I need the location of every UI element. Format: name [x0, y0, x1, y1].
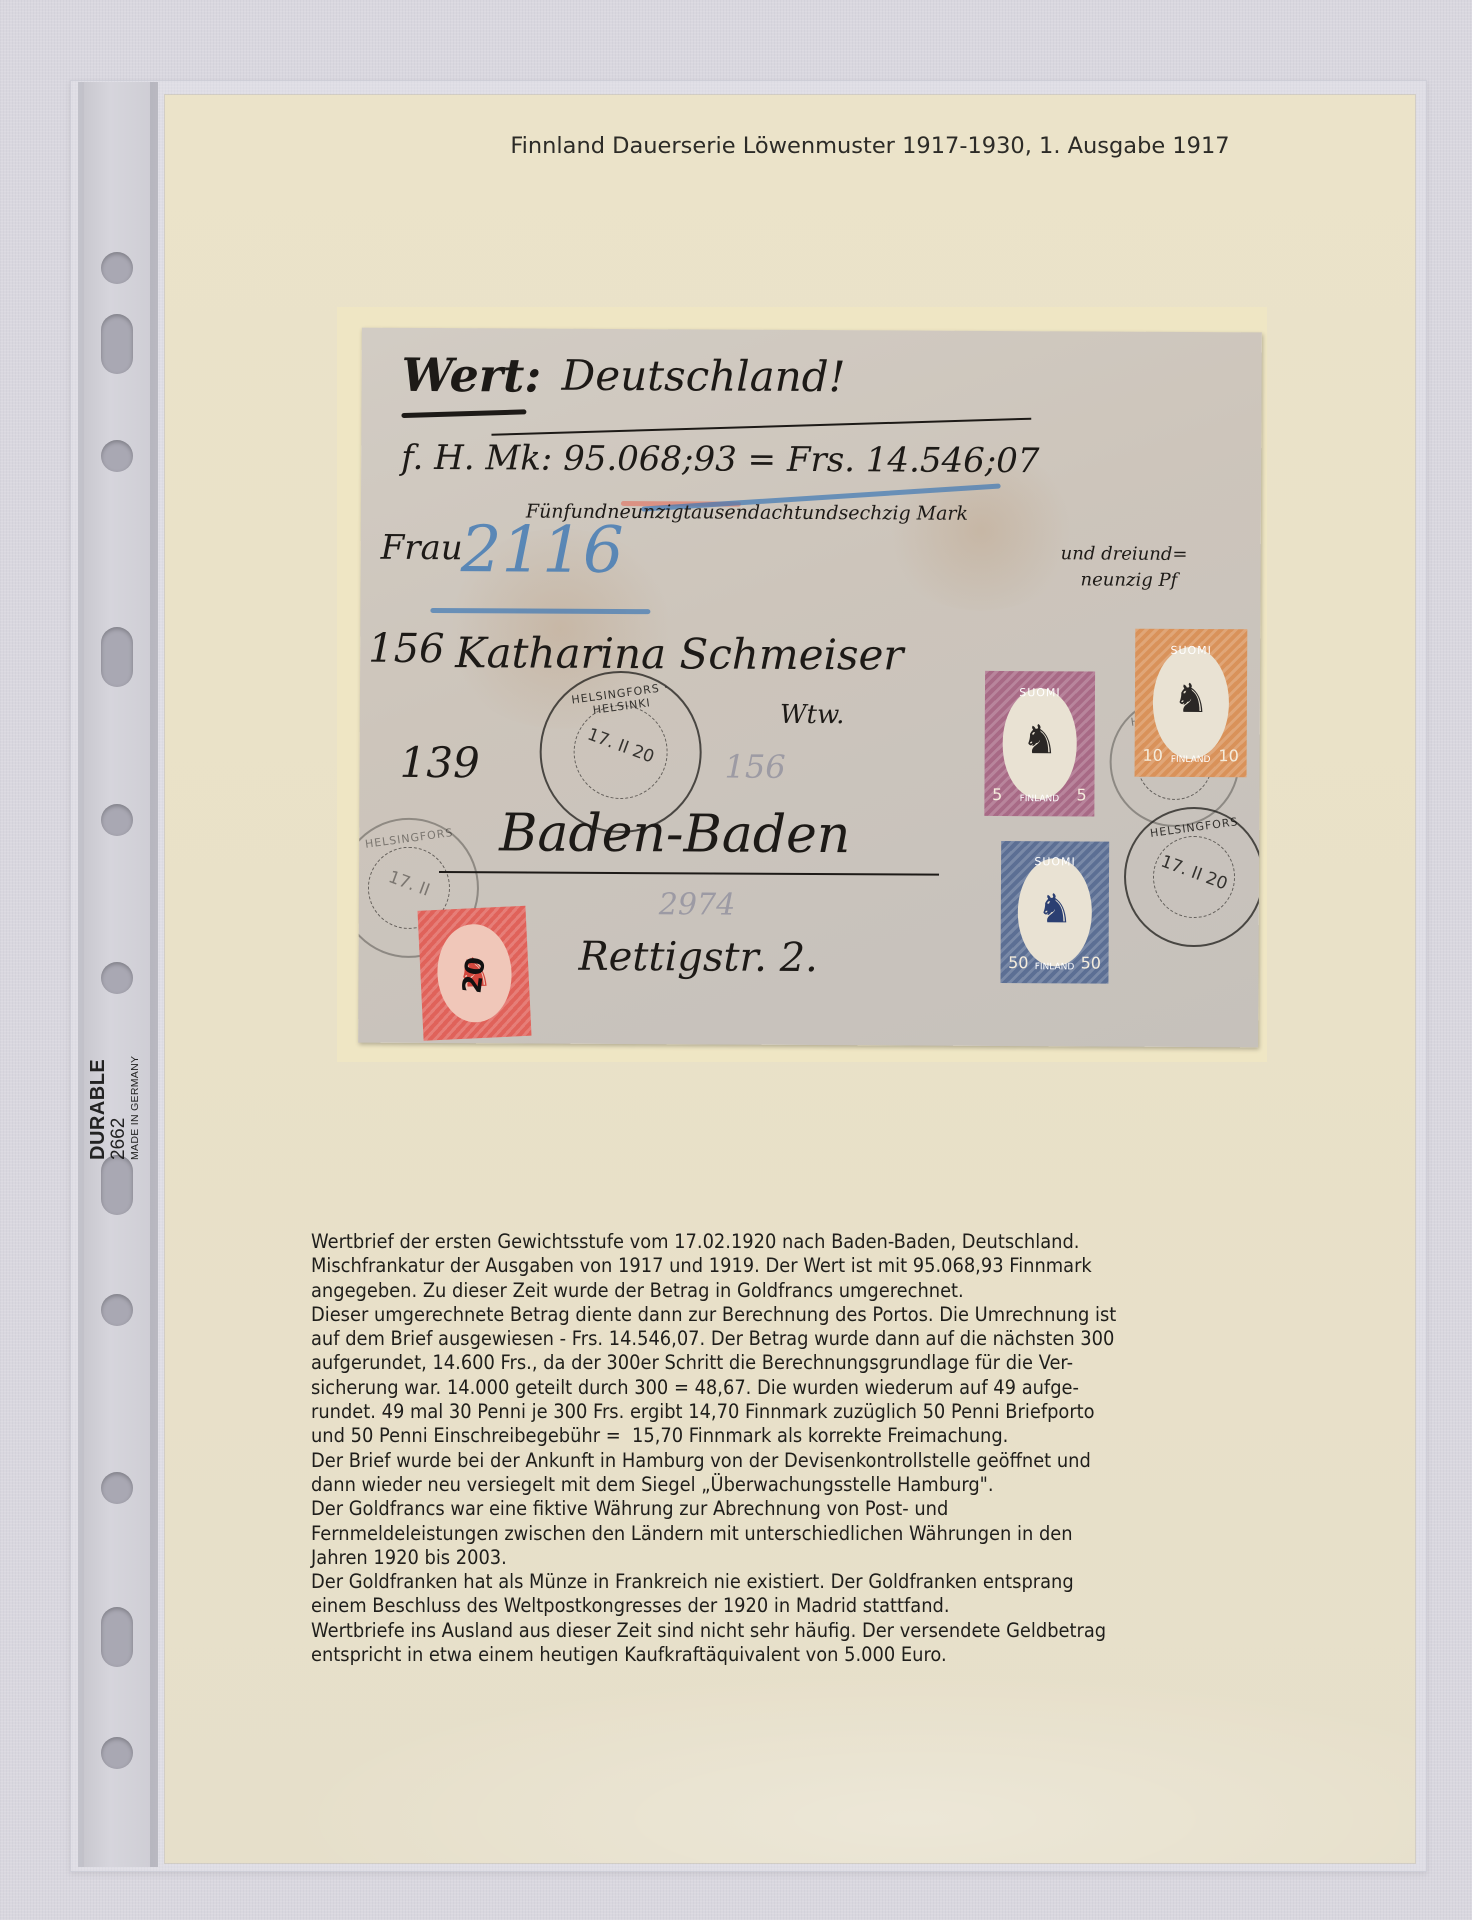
- stamp-footer: FINLAND: [1001, 962, 1109, 973]
- binder-strip: [78, 82, 158, 1867]
- description-line: dann wieder neu versiegelt mit dem Siege…: [311, 1473, 1222, 1497]
- description-line: Jahren 1920 bis 2003.: [311, 1546, 1222, 1570]
- punch-hole: [101, 627, 133, 687]
- handwriting-country: Deutschland!: [562, 351, 846, 401]
- stamp-country: SUOMI: [1001, 855, 1109, 869]
- handwriting-left-number-2: 139: [399, 738, 479, 787]
- handwriting-amount-words-2: und dreiund=: [1061, 543, 1188, 565]
- punch-hole: [101, 252, 133, 284]
- punch-hole: [101, 962, 133, 994]
- description-line: entspricht in etwa einem heutigen Kaufkr…: [311, 1643, 1222, 1667]
- stamp-10-mark: SUOMI ♞ 10 10 FINLAND: [1135, 629, 1248, 778]
- stamp-50-penni: SUOMI ♞ 50 50 FINLAND: [1000, 841, 1109, 984]
- stamp-country: SUOMI: [1135, 643, 1247, 657]
- postmark: HELSINGFORS · HELSINKI 17. II 20: [539, 671, 702, 834]
- brand-origin: MADE IN GERMANY: [130, 1030, 141, 1160]
- brand-name: DURABLE: [88, 1030, 108, 1160]
- handwriting-street: Rettigstr. 2.: [578, 934, 818, 981]
- description-line: einem Beschluss des Weltpostkongresses d…: [311, 1594, 1222, 1618]
- stamp-20-penni-overprint: ♞ 20: [417, 906, 531, 1041]
- handwriting-recipient-note: Wtw.: [780, 700, 845, 730]
- punch-hole: [101, 1607, 133, 1667]
- stamp-footer: FINLAND: [984, 794, 1094, 805]
- punch-hole: [101, 314, 133, 374]
- cover-envelope: Wert: Deutschland! f. H. Mk: 95.068;93 =…: [358, 328, 1262, 1048]
- handwriting-salutation: Frau: [381, 528, 463, 568]
- handwriting-recipient: Katharina Schmeiser: [455, 628, 904, 679]
- stamp-country: SUOMI: [985, 685, 1095, 699]
- handwriting-wert-label: Wert:: [401, 348, 541, 403]
- underline: [491, 418, 1031, 436]
- description-text: Wertbrief der ersten Gewichtsstufe vom 1…: [311, 1230, 1222, 1667]
- sleeve-brand-label: DURABLE 2662 MADE IN GERMANY: [88, 1030, 148, 1160]
- punch-hole: [101, 1472, 133, 1504]
- description-line: aufgerundet, 14.600 Frs., da der 300er S…: [311, 1351, 1222, 1375]
- pencil-note: 156: [724, 748, 785, 786]
- description-line: Fernmeldeleistungen zwischen den Ländern…: [311, 1522, 1222, 1546]
- description-line: Der Brief wurde bei der Ankunft in Hambu…: [311, 1449, 1222, 1473]
- handwriting-value-line: f. H. Mk: 95.068;93 = Frs. 14.546;07: [401, 438, 1040, 481]
- postmark: HELSINGFORS 17. II 20: [1124, 807, 1262, 948]
- lion-icon: ♞: [1001, 886, 1109, 933]
- description-line: auf dem Brief ausgewiesen - Frs. 14.546,…: [311, 1327, 1222, 1351]
- lion-icon: ♞: [1135, 676, 1247, 723]
- punch-hole: [101, 440, 133, 472]
- punch-hole: [101, 1737, 133, 1769]
- description-line: rundet. 49 mal 30 Penni je 300 Frs. ergi…: [311, 1400, 1222, 1424]
- description-line: Wertbrief der ersten Gewichtsstufe vom 1…: [311, 1230, 1222, 1254]
- description-line: Der Goldfranken hat als Münze in Frankre…: [311, 1570, 1222, 1594]
- description-line: sicherung war. 14.000 geteilt durch 300 …: [311, 1376, 1222, 1400]
- description-line: Wertbriefe ins Ausland aus dieser Zeit s…: [311, 1619, 1222, 1643]
- description-line: Mischfrankatur der Ausgaben von 1917 und…: [311, 1254, 1222, 1278]
- punch-hole: [101, 1294, 133, 1326]
- underline: [401, 409, 526, 418]
- page-title: Finnland Dauerserie Löwenmuster 1917-193…: [165, 133, 1415, 159]
- punch-hole: [101, 1155, 133, 1215]
- handwriting-left-number: 156: [368, 626, 445, 672]
- punch-hole: [101, 804, 133, 836]
- description-line: und 50 Penni Einschreibegebühr = 15,70 F…: [311, 1424, 1222, 1448]
- handwriting-amount-words-3: neunzig Pf: [1081, 569, 1178, 591]
- pencil-note-2: 2974: [659, 887, 736, 922]
- description-line: Der Goldfrancs war eine fiktive Währung …: [311, 1497, 1222, 1521]
- handwriting-city: Baden-Baden: [499, 803, 850, 865]
- description-line: angegeben. Zu dieser Zeit wurde der Betr…: [311, 1279, 1222, 1303]
- lion-icon: ♞: [985, 717, 1095, 764]
- blue-crayon-number: 2116: [461, 513, 624, 588]
- underline: [439, 871, 939, 876]
- brand-model: 2662: [109, 1030, 128, 1160]
- stamp-footer: FINLAND: [1135, 755, 1247, 766]
- stamp-5-mark: SUOMI ♞ 5 5 FINLAND: [984, 671, 1095, 817]
- description-line: Dieser umgerechnete Betrag diente dann z…: [311, 1303, 1222, 1327]
